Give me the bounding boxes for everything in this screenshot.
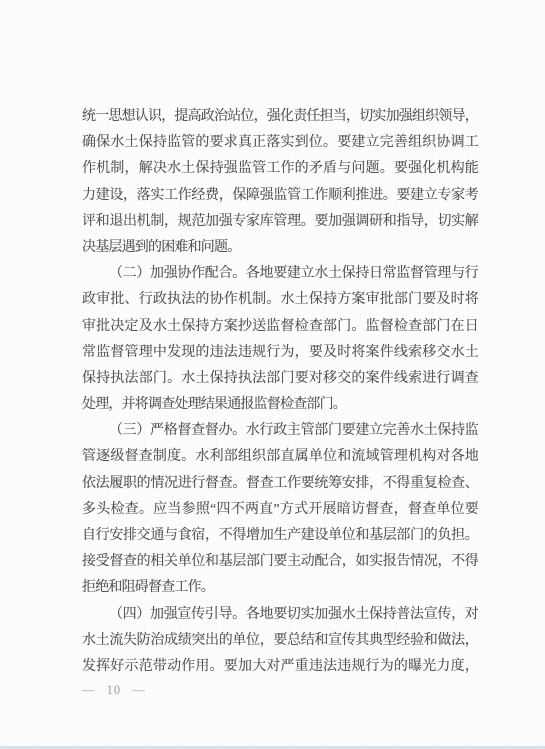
document-page: 统一思想认识，提高政治站位，强化责任担当，切实加强组织领导，确保水土保持监管的要… (0, 0, 545, 749)
text-line: 评和退出机制，规范加强专家库管理。要加强调研和指导，切实解 (82, 209, 478, 235)
text-line: 拒绝和阻碍督查工作。 (82, 575, 478, 601)
text-line: 管逐级督查制度。水利部组织部直属单位和流域管理机构对各地 (82, 444, 478, 470)
text-line: 常监督管理中发现的违法违规行为，要及时将案件线索移交水土 (82, 340, 478, 366)
text-line: （四）加强宣传引导。各地要切实加强水土保持普法宣传，对 (82, 602, 478, 628)
text-line: 确保水土保持监管的要求真正落实到位。要建立完善组织协调工 (82, 130, 478, 156)
text-line: 多头检查。应当参照“四不两直”方式开展暗访督查，督查单位要 (82, 497, 478, 523)
text-line: 发挥好示范带动作用。要加大对严重违法违规行为的曝光力度， (82, 654, 478, 680)
text-line: （三）严格督查督办。水行政主管部门要建立完善水土保持监 (82, 418, 478, 444)
paragraph: 统一思想认识，提高政治站位，强化责任担当，切实加强组织领导，确保水土保持监管的要… (82, 104, 478, 261)
paragraph: （四）加强宣传引导。各地要切实加强水土保持普法宣传，对水土流失防治成绩突出的单位… (82, 602, 478, 681)
text-line: 政审批、行政执法的协作机制。水土保持方案审批部门要及时将 (82, 287, 478, 313)
page-number: — 10 — (82, 681, 146, 699)
text-line: 决基层遇到的困难和问题。 (82, 235, 478, 261)
text-line: 统一思想认识，提高政治站位，强化责任担当，切实加强组织领导， (82, 104, 478, 130)
text-line: 处理，并将调查处理结果通报监督检查部门。 (82, 392, 478, 418)
text-line: 审批决定及水土保持方案抄送监督检查部门。监督检查部门在日 (82, 314, 478, 340)
text-line: （二）加强协作配合。各地要建立水土保持日常监督管理与行 (82, 261, 478, 287)
text-line: 保持执法部门。水土保持执法部门要对移交的案件线索进行调查 (82, 366, 478, 392)
text-block: 统一思想认识，提高政治站位，强化责任担当，切实加强组织领导，确保水土保持监管的要… (82, 104, 478, 680)
text-line: 接受督查的相关单位和基层部门要主动配合，如实报告情况，不得 (82, 549, 478, 575)
paragraph: （三）严格督查督办。水行政主管部门要建立完善水土保持监管逐级督查制度。水利部组织… (82, 418, 478, 601)
text-line: 依法履职的情况进行督查。督查工作要统筹安排，不得重复检查、 (82, 471, 478, 497)
text-line: 力建设，落实工作经费，保障强监管工作顺利推进。要建立专家考 (82, 183, 478, 209)
text-line: 自行安排交通与食宿，不得增加生产建设单位和基层部门的负担。 (82, 523, 478, 549)
text-line: 作机制，解决水土保持强监管工作的矛盾与问题。要强化机构能 (82, 156, 478, 182)
text-line: 水土流失防治成绩突出的单位，要总结和宣传其典型经验和做法， (82, 628, 478, 654)
paragraph: （二）加强协作配合。各地要建立水土保持日常监督管理与行政审批、行政执法的协作机制… (82, 261, 478, 418)
